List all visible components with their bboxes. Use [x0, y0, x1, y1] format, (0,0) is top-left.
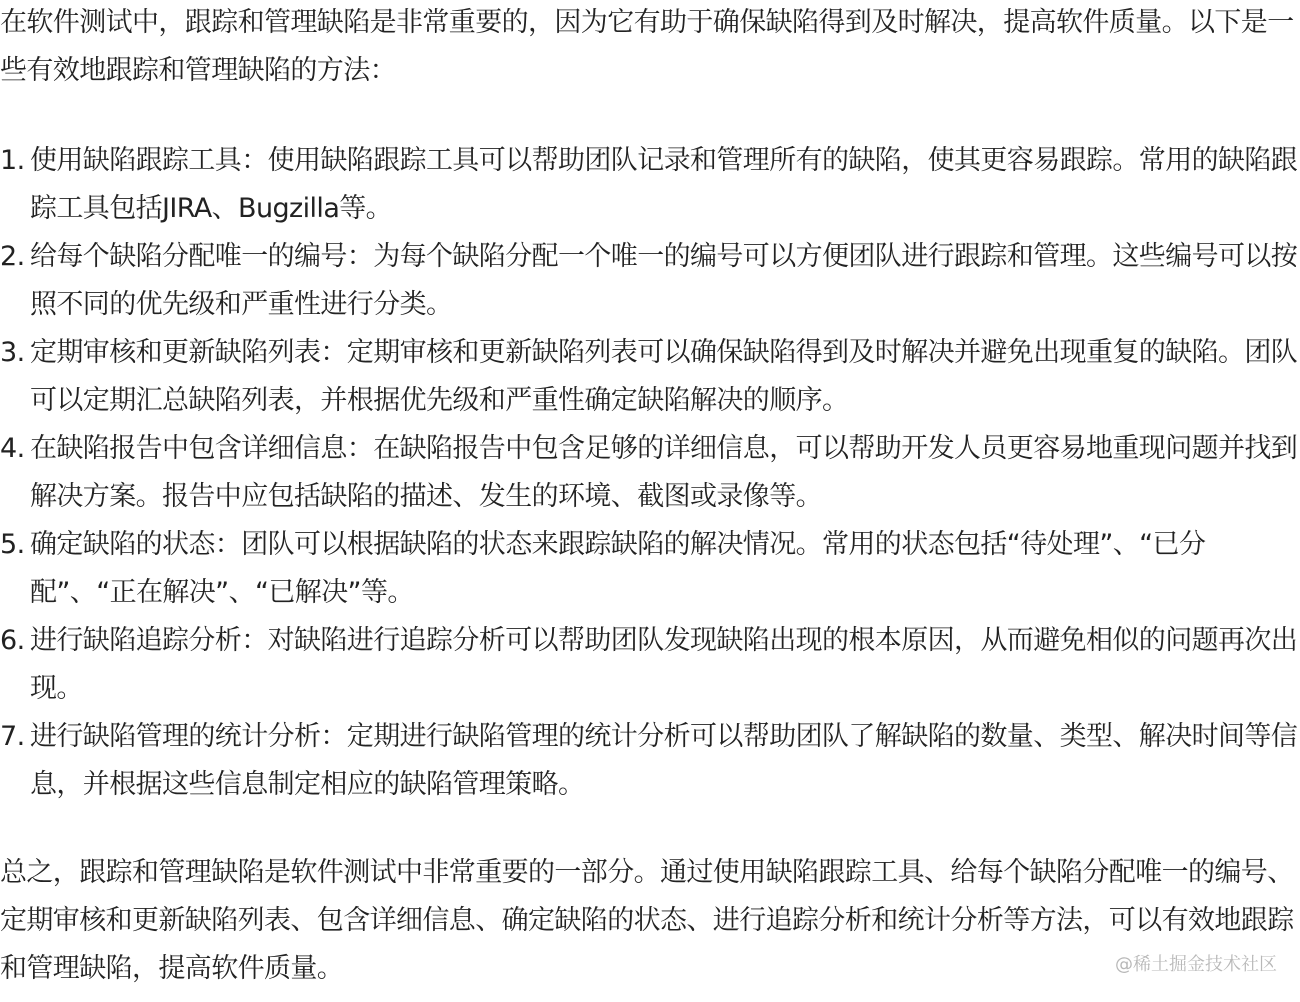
- list-item-text: 使用缺陷跟踪工具：使用缺陷跟踪工具可以帮助团队记录和管理所有的缺陷，使其更容易跟…: [30, 137, 1300, 233]
- list-item: 1. 使用缺陷跟踪工具：使用缺陷跟踪工具可以帮助团队记录和管理所有的缺陷，使其更…: [0, 137, 1300, 233]
- watermark: @稀土掘金技术社区: [1115, 953, 1277, 977]
- list-item: 6. 进行缺陷追踪分析：对缺陷进行追踪分析可以帮助团队发现缺陷出现的根本原因，从…: [0, 617, 1300, 713]
- intro-paragraph: 在软件测试中，跟踪和管理缺陷是非常重要的，因为它有助于确保缺陷得到及时解决，提高…: [0, 0, 1300, 95]
- list-item-number: 2.: [0, 233, 30, 281]
- list-item-text: 给每个缺陷分配唯一的编号：为每个缺陷分配一个唯一的编号可以方便团队进行跟踪和管理…: [30, 233, 1300, 329]
- list-item-text: 定期审核和更新缺陷列表：定期审核和更新缺陷列表可以确保缺陷得到及时解决并避免出现…: [30, 329, 1300, 425]
- list-item-number: 5.: [0, 521, 30, 569]
- list-item-number: 4.: [0, 425, 30, 473]
- list-item-text: 确定缺陷的状态：团队可以根据缺陷的状态来跟踪缺陷的解决情况。常用的状态包括“待处…: [30, 521, 1300, 617]
- list-item: 3. 定期审核和更新缺陷列表：定期审核和更新缺陷列表可以确保缺陷得到及时解决并避…: [0, 329, 1300, 425]
- list-item-number: 6.: [0, 617, 30, 665]
- list-item: 2. 给每个缺陷分配唯一的编号：为每个缺陷分配一个唯一的编号可以方便团队进行跟踪…: [0, 233, 1300, 329]
- list-item-text: 在缺陷报告中包含详细信息：在缺陷报告中包含足够的详细信息，可以帮助开发人员更容易…: [30, 425, 1300, 521]
- list-item-text: 进行缺陷追踪分析：对缺陷进行追踪分析可以帮助团队发现缺陷出现的根本原因，从而避免…: [30, 617, 1300, 713]
- list-item-number: 1.: [0, 137, 30, 185]
- methods-list: 1. 使用缺陷跟踪工具：使用缺陷跟踪工具可以帮助团队记录和管理所有的缺陷，使其更…: [0, 137, 1300, 809]
- summary-paragraph: 总之，跟踪和管理缺陷是软件测试中非常重要的一部分。通过使用缺陷跟踪工具、给每个缺…: [0, 849, 1300, 993]
- list-item: 5. 确定缺陷的状态：团队可以根据缺陷的状态来跟踪缺陷的解决情况。常用的状态包括…: [0, 521, 1300, 617]
- list-item-text: 进行缺陷管理的统计分析：定期进行缺陷管理的统计分析可以帮助团队了解缺陷的数量、类…: [30, 713, 1300, 809]
- list-item-number: 3.: [0, 329, 30, 377]
- list-item: 7. 进行缺陷管理的统计分析：定期进行缺陷管理的统计分析可以帮助团队了解缺陷的数…: [0, 713, 1300, 809]
- list-item-number: 7.: [0, 713, 30, 761]
- list-item: 4. 在缺陷报告中包含详细信息：在缺陷报告中包含足够的详细信息，可以帮助开发人员…: [0, 425, 1300, 521]
